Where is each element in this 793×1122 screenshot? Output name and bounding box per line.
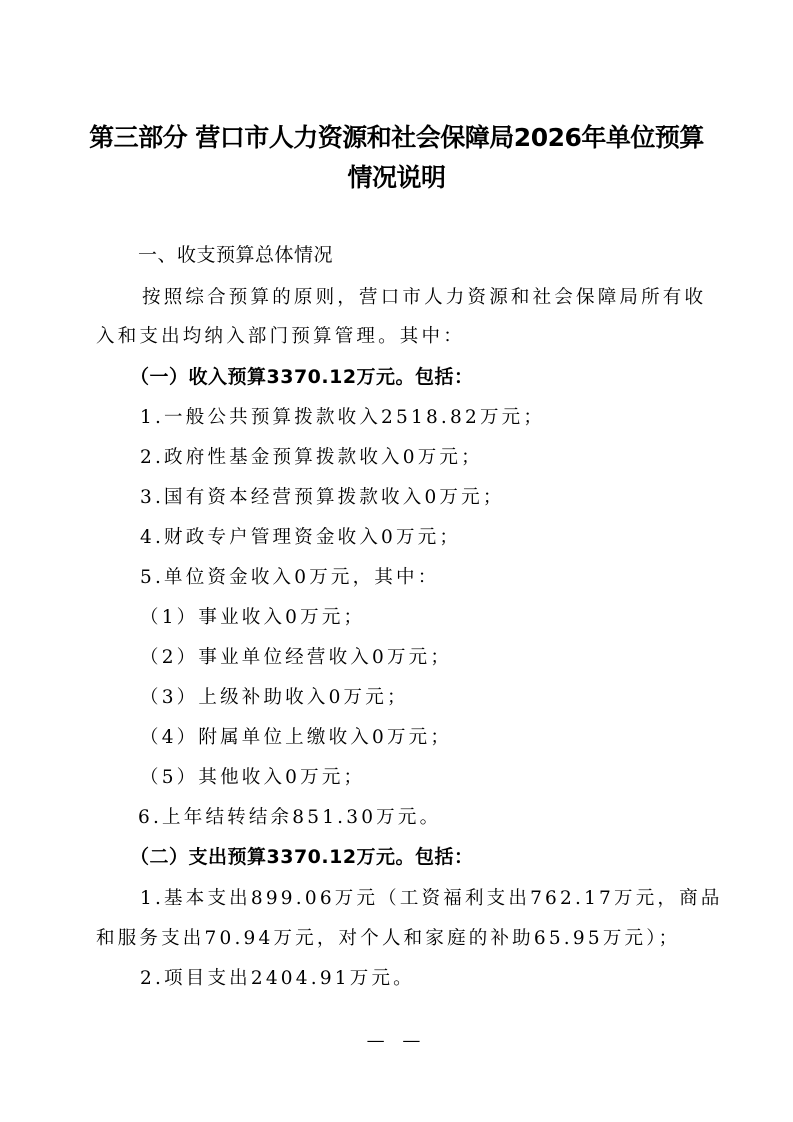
income-subitem: （3）上级补助收入0万元； xyxy=(140,683,409,709)
income-item: 4.财政专户管理资金收入0万元； xyxy=(140,523,461,549)
intro-paragraph-line1: 按照综合预算的原则，营口市人力资源和社会保障局所有收 xyxy=(142,283,706,309)
income-subitem: （2）事业单位经营收入0万元； xyxy=(140,643,452,669)
income-item: 2.政府性基金预算拨款收入0万元； xyxy=(140,443,483,469)
income-item: 6.上年结转结余851.30万元。 xyxy=(138,803,441,829)
income-item: 1.一般公共预算拨款收入2518.82万元； xyxy=(140,403,545,429)
income-subitem: （4）附属单位上缴收入0万元； xyxy=(140,723,452,749)
section-heading: 一、收支预算总体情况 xyxy=(138,240,333,267)
income-item: 5.单位资金收入0万元，其中： xyxy=(140,563,439,589)
document-title-line2: 情况说明 xyxy=(0,158,793,194)
income-item: 3.国有资本经营预算拨款收入0万元； xyxy=(140,483,505,509)
income-subitem: （5）其他收入0万元； xyxy=(140,763,365,789)
expense-item1-line1: 1.基本支出899.06万元（工资福利支出762.17万元，商品 xyxy=(140,884,723,910)
expense-heading: （二）支出预算3370.12万元。包括： xyxy=(130,842,474,869)
income-subitem: （1）事业收入0万元； xyxy=(140,603,365,629)
income-heading: （一）收入预算3370.12万元。包括： xyxy=(130,362,474,389)
expense-item2: 2.项目支出2404.91万元。 xyxy=(140,964,415,990)
expense-item1-line2: 和服务支出70.94万元，对个人和家庭的补助65.95万元）； xyxy=(96,924,680,950)
document-title-line1: 第三部分 营口市人力资源和社会保障局2026年单位预算 xyxy=(0,118,793,154)
page-number: — — xyxy=(0,1030,793,1051)
intro-paragraph-line2: 入和支出均纳入部门预算管理。其中： xyxy=(96,322,465,348)
